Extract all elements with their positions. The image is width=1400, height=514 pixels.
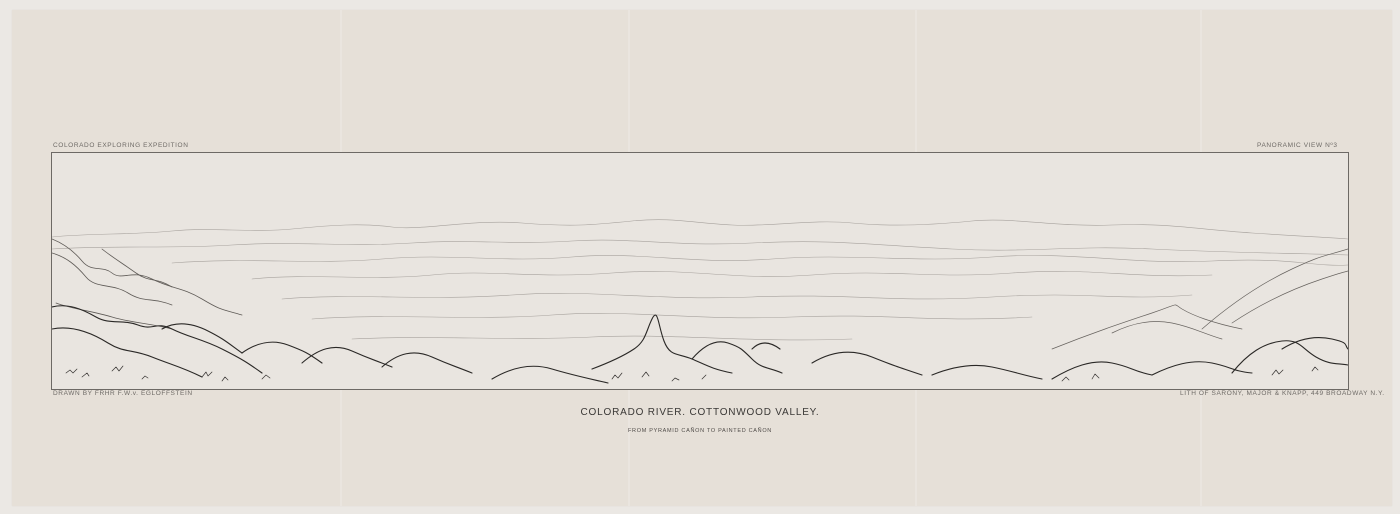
plate-title: COLORADO RIVER. COTTONWOOD VALLEY. [0, 407, 1400, 418]
header-right-caption: PANORAMIC VIEW Nº3 [1257, 142, 1338, 149]
right-mountains [1052, 249, 1348, 349]
footer-right-caption: LITH OF SARONY, MAJOR & KNAPP, 449 BROAD… [1180, 390, 1385, 397]
mountain-panorama-drawing [52, 153, 1348, 389]
panorama-plate [51, 152, 1349, 390]
left-mountains [52, 239, 242, 329]
distant-ridges [52, 220, 1348, 340]
foreground-ridges [52, 306, 1348, 383]
footer-left-caption: DRAWN BY FRHR F.W.v. EGLOFFSTEIN [53, 390, 193, 397]
plate-subtitle: FROM PYRAMID CAÑON TO PAINTED CAÑON [0, 428, 1400, 434]
header-left-caption: COLORADO EXPLORING EXPEDITION [53, 142, 189, 149]
